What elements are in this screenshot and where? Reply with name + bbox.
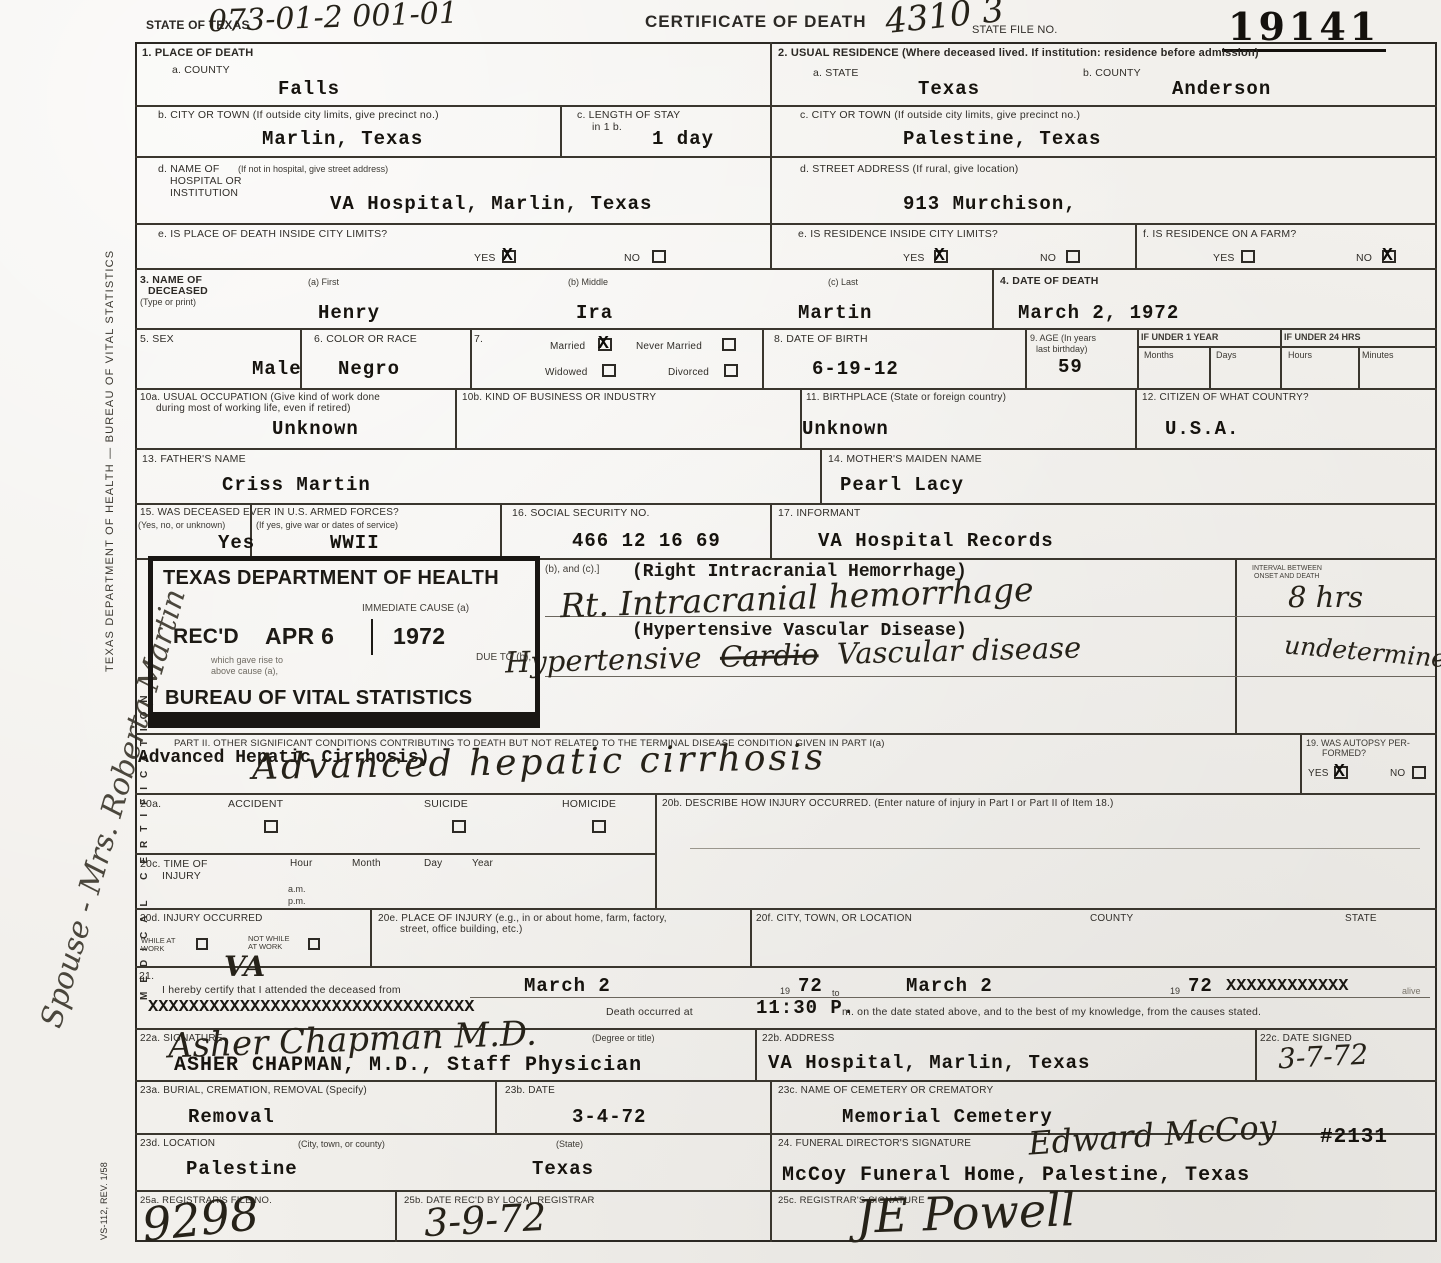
- time-of-injury-label2: INJURY: [162, 870, 201, 882]
- rule-v: [762, 328, 764, 388]
- rule-v: [1280, 328, 1282, 388]
- attended-from-date: March 2: [524, 975, 611, 997]
- rule-v: [370, 908, 372, 966]
- father-name-label: 13. FATHER'S NAME: [142, 453, 246, 465]
- homicide-label: HOMICIDE: [562, 798, 616, 810]
- rule-h: [135, 503, 1437, 505]
- informant-label: 17. INFORMANT: [778, 507, 861, 519]
- occupation-label2: during most of working life, even if ret…: [156, 403, 351, 414]
- ssn-label: 16. SOCIAL SECURITY NO.: [512, 507, 650, 519]
- rule-v: [455, 388, 457, 448]
- checkbox-not-while-at-work: [308, 938, 320, 950]
- writing-line: [690, 848, 1420, 849]
- rule-h: [135, 268, 1437, 270]
- days-label: Days: [1216, 350, 1237, 360]
- under-24-hrs-label: IF UNDER 24 HRS: [1284, 332, 1361, 342]
- place-of-death-label: 1. PLACE OF DEATH: [142, 47, 253, 59]
- yes-label: YES: [474, 252, 496, 264]
- due-to-b-hw-struck: Cardio: [719, 637, 818, 674]
- birthplace-label: 11. BIRTHPLACE (State or foreign country…: [806, 392, 1006, 403]
- suicide-label: SUICIDE: [424, 798, 468, 810]
- rule-h: [135, 105, 1437, 107]
- checkbox-place-city-limits-no: [652, 250, 666, 263]
- interval-header2: ONSET AND DEATH: [1254, 573, 1319, 580]
- mother-name-label: 14. MOTHER'S MAIDEN NAME: [828, 453, 982, 465]
- citizen-value: U.S.A.: [1165, 418, 1239, 440]
- x-mark: X: [934, 246, 945, 266]
- checkbox-never-married: [722, 338, 736, 351]
- registrar-date-value: 3-9-72: [423, 1195, 548, 1245]
- interval-a-value: 8 hrs: [1288, 580, 1363, 614]
- checkbox-married: X: [598, 338, 612, 351]
- sex-value: Male: [252, 358, 302, 380]
- funeral-director-label: 24. FUNERAL DIRECTOR'S SIGNATURE: [778, 1138, 971, 1149]
- rule-v: [470, 328, 472, 388]
- checkbox-accident: [264, 820, 278, 833]
- street-address-value: 913 Murchison,: [903, 193, 1077, 215]
- registrar-signature-value: JE Powell: [855, 1182, 1076, 1244]
- rule-v: [1235, 558, 1237, 733]
- funeral-director-license: #2131: [1320, 1126, 1388, 1149]
- sex-label: 5. SEX: [140, 333, 174, 345]
- attended-from-year: 72: [798, 975, 823, 997]
- date-of-death-label: 4. DATE OF DEATH: [1000, 275, 1098, 287]
- cemetery-value: Memorial Cemetery: [842, 1106, 1053, 1128]
- city-town-value: Marlin, Texas: [262, 128, 423, 150]
- rule-h: [135, 328, 1437, 330]
- attended-to-year: 72: [1188, 975, 1213, 997]
- injury-county-label: COUNTY: [1090, 913, 1133, 924]
- armed-forces-value: Yes: [218, 532, 255, 554]
- hospital-value: VA Hospital, Marlin, Texas: [330, 193, 652, 215]
- injury-occurred-label: 20d. INJURY OCCURRED: [140, 913, 263, 924]
- rule-v: [395, 1190, 397, 1242]
- margin-department-text: TEXAS DEPARTMENT OF HEALTH — BUREAU OF V…: [104, 250, 116, 672]
- place-of-injury-label: 20e. PLACE OF INJURY (e.g., in or about …: [378, 913, 667, 924]
- married-label: Married: [550, 341, 585, 352]
- burial-state-value: Texas: [532, 1158, 594, 1180]
- form-number-text: VS-112, REV. 1/58: [99, 1162, 109, 1240]
- date-of-birth-label: 8. DATE OF BIRTH: [774, 333, 868, 345]
- armed-forces-sub1: (Yes, no, or unknown): [138, 520, 225, 530]
- rule-h: [135, 733, 1437, 735]
- x-mark: X: [598, 334, 609, 354]
- place-city-limits-label: e. IS PLACE OF DEATH INSIDE CITY LIMITS?: [158, 228, 387, 240]
- hours-label: Hours: [1288, 350, 1312, 360]
- months-label: Months: [1144, 350, 1174, 360]
- armed-forces-war-value: WWII: [330, 532, 380, 554]
- never-married-label: Never Married: [636, 341, 702, 352]
- day-label: Day: [424, 858, 442, 869]
- date-of-death-value: March 2, 1972: [1018, 302, 1179, 324]
- degree-title-label: (Degree or title): [592, 1033, 655, 1043]
- middle-name-label: (b) Middle: [568, 277, 608, 287]
- occupation-value: Unknown: [272, 418, 359, 440]
- hospital-note: (If not in hospital, give street address…: [238, 164, 388, 174]
- checkbox-farm-no: X: [1382, 250, 1396, 263]
- stamp-line3: BUREAU OF VITAL STATISTICS: [165, 687, 472, 710]
- rule-h: [135, 448, 1437, 450]
- form-ghost-text2: above cause (a),: [211, 666, 278, 676]
- hospital-label: d. NAME OF: [158, 163, 220, 175]
- rule-h: [135, 966, 1437, 968]
- autopsy-label: 19. WAS AUTOPSY PER-: [1306, 738, 1410, 748]
- burial-location-label: 23d. LOCATION: [140, 1138, 215, 1149]
- burial-date-label: 23b. DATE: [505, 1085, 555, 1096]
- armed-forces-label: 15. WAS DECEASED EVER IN U.S. ARMED FORC…: [140, 507, 399, 518]
- writing-line: [470, 997, 1430, 998]
- cemetery-label: 23c. NAME OF CEMETERY OR CREMATORY: [778, 1085, 993, 1096]
- no-label: NO: [1040, 252, 1056, 264]
- marital-label: 7.: [474, 333, 483, 345]
- hour-label: Hour: [290, 858, 312, 869]
- residence-state-label: a. STATE: [813, 67, 859, 79]
- rule-v: [770, 42, 772, 268]
- length-of-stay-label: c. LENGTH OF STAY: [577, 109, 680, 121]
- rule-v: [560, 105, 562, 156]
- rule-v: [1300, 733, 1302, 793]
- rule-v: [495, 1080, 497, 1133]
- x-mark: X: [502, 246, 513, 266]
- autopsy-label2: FORMED?: [1322, 748, 1366, 758]
- date-of-birth-value: 6-19-12: [812, 358, 899, 380]
- handwritten-va: VA: [224, 950, 265, 983]
- checkbox-place-city-limits-yes: X: [502, 250, 516, 263]
- burial-location-sub1: (City, town, or county): [298, 1139, 385, 1149]
- certify-text2: m. on the date stated above, and to the …: [842, 1006, 1261, 1018]
- x-mark: X: [1334, 762, 1345, 782]
- stamp-line1: TEXAS DEPARTMENT OF HEALTH: [163, 567, 499, 590]
- due-to-b-hw-part2: Vascular disease: [837, 630, 1082, 670]
- yes-label: YES: [1308, 768, 1329, 779]
- rule-v: [1137, 328, 1139, 388]
- stamp-date-year: 1972: [393, 623, 445, 650]
- residence-county-value: Anderson: [1172, 78, 1271, 100]
- death-certificate-scan: { "marks": { "x": "X" }, "header": { "st…: [0, 0, 1441, 1263]
- divorced-label: Divorced: [668, 367, 709, 378]
- month-label: Month: [352, 858, 381, 869]
- residence-state-value: Texas: [918, 78, 980, 100]
- stamp-recd: REC'D: [173, 625, 239, 649]
- age-label2: last birthday): [1036, 344, 1088, 354]
- rule-h: [135, 388, 1437, 390]
- burial-label: 23a. BURIAL, CREMATION, REMOVAL (Specify…: [140, 1085, 367, 1096]
- rule-v: [1255, 1028, 1257, 1080]
- rule-v: [770, 1133, 772, 1190]
- checkbox-widowed: [602, 364, 616, 377]
- checkbox-farm-yes: [1241, 250, 1255, 263]
- usual-residence-label: 2. USUAL RESIDENCE (Where deceased lived…: [778, 47, 1259, 59]
- age-value: 59: [1058, 356, 1083, 378]
- checkbox-suicide: [452, 820, 466, 833]
- rule-v: [992, 268, 994, 328]
- stamp-date-month: APR 6: [265, 623, 334, 650]
- checkbox-residence-city-limits-yes: X: [934, 250, 948, 263]
- yes-label: YES: [903, 252, 925, 264]
- physician-address-value: VA Hospital, Marlin, Texas: [768, 1052, 1090, 1074]
- name-label3: (Type or print): [140, 297, 196, 307]
- no-label: NO: [1390, 768, 1405, 779]
- physician-address-label: 22b. ADDRESS: [762, 1033, 834, 1044]
- rule-v: [770, 1080, 772, 1133]
- city-town-label: b. CITY OR TOWN (If outside city limits,…: [158, 109, 439, 121]
- physician-name-typed: ASHER CHAPMAN, M.D., Staff Physician: [174, 1054, 642, 1077]
- date-signed-value: 3-7-72: [1277, 1038, 1369, 1076]
- checkbox-autopsy-no: [1412, 766, 1426, 779]
- rule-h: [135, 1080, 1437, 1082]
- rule-h: [135, 223, 1437, 225]
- name-label2: DECEASED: [148, 285, 208, 297]
- ssn-value: 466 12 16 69: [572, 530, 721, 552]
- rule-v: [1025, 328, 1027, 388]
- rule-v: [750, 908, 752, 966]
- residence-farm-label: f. IS RESIDENCE ON A FARM?: [1143, 228, 1296, 240]
- no-label: NO: [624, 252, 640, 264]
- informant-value: VA Hospital Records: [818, 530, 1054, 552]
- burial-value: Removal: [188, 1106, 275, 1128]
- rule-h: [135, 908, 1437, 910]
- rule-h: [135, 156, 1437, 158]
- year-label: Year: [472, 858, 493, 869]
- accident-label: ACCIDENT: [228, 798, 283, 810]
- interval-header1: INTERVAL BETWEEN: [1252, 565, 1322, 572]
- last-name-value: Martin: [798, 302, 872, 324]
- mother-name-value: Pearl Lacy: [840, 474, 964, 496]
- hospital-label3: INSTITUTION: [170, 187, 238, 199]
- residence-city-value: Palestine, Texas: [903, 128, 1101, 150]
- burial-location-sub2: (State): [556, 1139, 583, 1149]
- rule-v: [770, 1190, 772, 1242]
- rule-v: [820, 448, 822, 503]
- writing-line: [545, 676, 1435, 677]
- checkbox-residence-city-limits-no: [1066, 250, 1080, 263]
- checkbox-homicide: [592, 820, 606, 833]
- handwritten-district-code: 073-01-2 001-01: [207, 0, 458, 39]
- attended-to-date: March 2: [906, 975, 993, 997]
- residence-city-limits-label: e. IS RESIDENCE INSIDE CITY LIMITS?: [798, 228, 998, 240]
- occupation-label: 10a. USUAL OCCUPATION (Give kind of work…: [140, 392, 380, 403]
- registrar-file-value: 9298: [139, 1186, 261, 1252]
- citizen-label: 12. CITIZEN OF WHAT COUNTRY?: [1142, 392, 1309, 403]
- race-label: 6. COLOR OR RACE: [314, 333, 417, 345]
- injury-20b-label: 20b. DESCRIBE HOW INJURY OCCURRED. (Ente…: [662, 798, 1114, 809]
- alive-ghost-text: alive: [1402, 986, 1421, 996]
- rule-v: [755, 1028, 757, 1080]
- rule-v: [770, 503, 772, 558]
- burial-date-value: 3-4-72: [572, 1106, 646, 1128]
- year-prefix: 19: [780, 986, 790, 996]
- received-stamp: TEXAS DEPARTMENT OF HEALTH REC'D APR 6 1…: [148, 556, 540, 728]
- strikeout-x-row1: XXXXXXXXXXXX: [1226, 977, 1348, 996]
- injury-city-label: 20f. CITY, TOWN, OR LOCATION: [756, 913, 912, 924]
- rule-v: [1358, 346, 1360, 388]
- rule-h: [135, 1190, 1437, 1192]
- while-at-work-label2: WORK: [141, 944, 164, 953]
- checkbox-divorced: [724, 364, 738, 377]
- year-prefix: 19: [1170, 986, 1180, 996]
- industry-label: 10b. KIND OF BUSINESS OR INDUSTRY: [462, 392, 656, 403]
- am-label: a.m.: [288, 884, 306, 894]
- certify-text: I hereby certify that I attended the dec…: [162, 984, 401, 996]
- under-1-year-label: IF UNDER 1 YEAR: [1141, 332, 1218, 342]
- county-label: a. COUNTY: [172, 64, 230, 76]
- pm-label: p.m.: [288, 896, 306, 906]
- armed-forces-sub2: (If yes, give war or dates of service): [256, 520, 398, 530]
- no-label: NO: [1356, 252, 1372, 264]
- county-value: Falls: [278, 78, 340, 100]
- father-name-value: Criss Martin: [222, 474, 371, 496]
- x-mark: X: [1382, 246, 1393, 266]
- injury-state-label: STATE: [1345, 913, 1377, 924]
- injury-20a-label: 20a.: [140, 798, 161, 810]
- burial-city-value: Palestine: [186, 1158, 298, 1180]
- rule-v: [655, 793, 657, 908]
- yes-label: YES: [1213, 252, 1235, 264]
- residence-city-label: c. CITY OR TOWN (If outside city limits,…: [800, 109, 1080, 121]
- rule-v: [1135, 223, 1137, 268]
- cause-label-fragment: (b), and (c).]: [545, 564, 599, 575]
- rule-h: [135, 793, 1437, 795]
- checkbox-autopsy-yes: X: [1334, 766, 1348, 779]
- rule-v: [1135, 388, 1137, 448]
- race-value: Negro: [338, 358, 400, 380]
- length-of-stay-label2: in 1 b.: [592, 121, 622, 133]
- rule-h: [1137, 346, 1437, 348]
- time-of-injury-label: 20c. TIME OF: [140, 858, 208, 870]
- rule-h: [135, 853, 655, 855]
- first-name-value: Henry: [318, 302, 380, 324]
- middle-name-value: Ira: [576, 302, 613, 324]
- state-file-no-label: STATE FILE NO.: [972, 24, 1058, 36]
- first-name-label: (a) First: [308, 277, 339, 287]
- certification-21-label: 21.: [139, 970, 154, 982]
- rule-v: [500, 503, 502, 558]
- length-of-stay-value: 1 day: [652, 128, 714, 150]
- street-address-label: d. STREET ADDRESS (If rural, give locati…: [800, 163, 1018, 175]
- birthplace-value: Unknown: [802, 418, 889, 440]
- rule-v: [1209, 346, 1211, 388]
- death-time-value: 11:30 P.: [756, 997, 855, 1019]
- age-label: 9. AGE (In years: [1030, 333, 1096, 343]
- residence-county-label: b. COUNTY: [1083, 67, 1141, 79]
- certificate-title: CERTIFICATE OF DEATH: [645, 12, 866, 32]
- last-name-label: (c) Last: [828, 277, 858, 287]
- widowed-label: Widowed: [545, 367, 588, 378]
- minutes-label: Minutes: [1362, 350, 1394, 360]
- stamp-tick: [371, 619, 373, 655]
- form-ghost-text1: which gave rise to: [211, 655, 283, 665]
- checkbox-while-at-work: [196, 938, 208, 950]
- death-occurred-label: Death occurred at: [606, 1006, 693, 1018]
- place-of-injury-label2: street, office building, etc.): [400, 924, 523, 935]
- strikeout-x-row2: XXXXXXXXXXXXXXXXXXXXXXXXXXXXXXXX: [148, 998, 474, 1017]
- hospital-label2: HOSPITAL OR: [170, 175, 242, 187]
